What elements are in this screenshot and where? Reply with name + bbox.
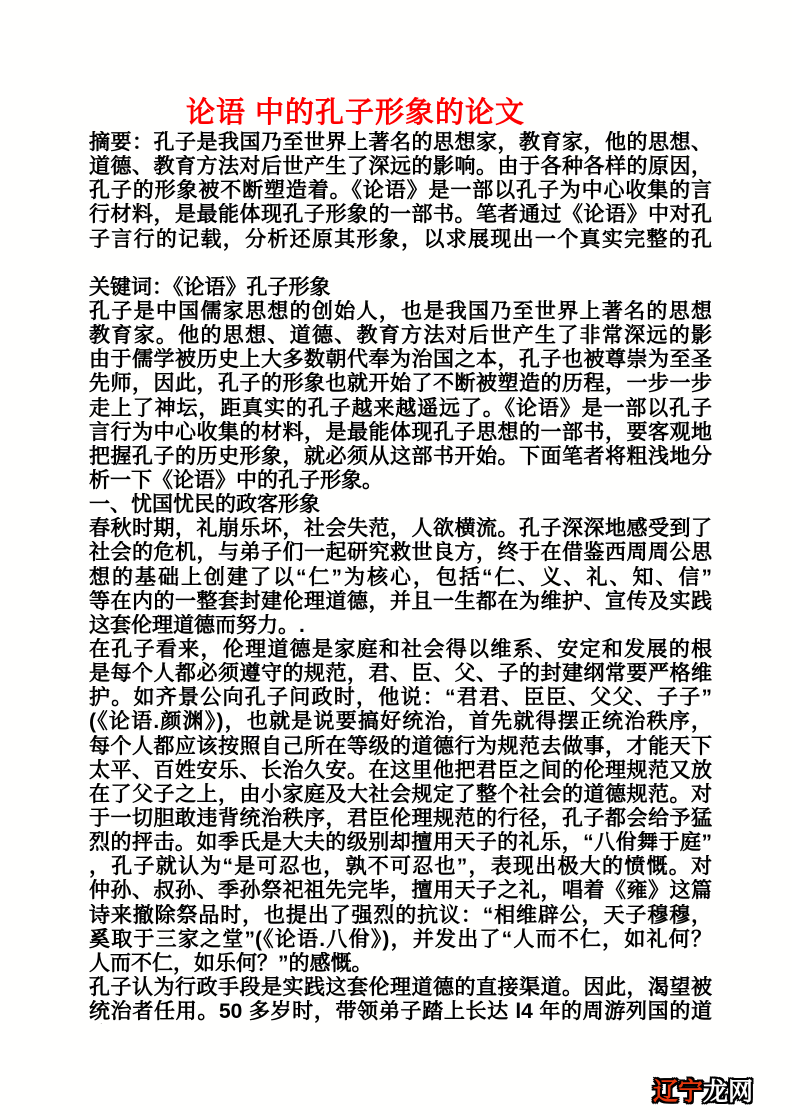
text-line: 在孔子看来，伦理道德是家庭和社会得以维系、安定和发展的根本， <box>89 638 712 662</box>
text-line: 仲孙、叔孙、季孙祭祀祖先完毕，擅用天子之礼，唱着《雍》这篇 <box>89 879 712 903</box>
document-body: 摘要：孔子是我国乃至世界上著名的思想家，教育家，他的思想、 道德、教育方法对后世… <box>89 131 712 1024</box>
text-line: 教育家。他的思想、道德、教育方法对后世产生了非常深远的影响。 <box>89 324 712 348</box>
page-title: 论语 中的孔子形象的论文 <box>186 90 525 131</box>
keywords-line: 关键词：《论语》孔子形象 <box>89 276 712 300</box>
text-line: 想的基础上创建了以“仁”为核心，包括“仁、义、礼、知、信” <box>89 566 712 590</box>
text-line: 在了父子之上，由小家庭及大社会规定了整个社会的道德规范。对 <box>89 783 712 807</box>
text-line: 这套伦理道德而努力。. <box>89 614 712 638</box>
text-line: 把握孔子的历史形象，就必须从这部书开始。下面笔者将粗浅地分 <box>89 445 712 469</box>
section-heading: 一、忧国忧民的政客形象 <box>89 493 712 517</box>
text-line: 烈的抨击。如季氏是大夫的级别却擅用天子的礼乐，“八佾舞于庭” <box>89 831 712 855</box>
text-line: 每个人都应该按照自己所在等级的道德行为规范去做事，才能天下 <box>89 735 712 759</box>
text-line: 统治者任用。50 多岁时，带领弟子踏上长达 l4 年的周游列国的道路。 <box>89 1000 712 1024</box>
blank-line <box>89 252 712 276</box>
text-line: 太平、百姓安乐、长治久安。在这里他把君臣之间的伦理规范又放 <box>89 759 712 783</box>
text-line: 子言行的记载，分析还原其形象，以求展现出一个真实完整的孔子。 <box>89 228 712 252</box>
text-line: 言行为中心收集的材料，是最能体现孔子思想的一部书，要客观地 <box>89 421 712 445</box>
document-page: 论语 中的孔子形象的论文 摘要：孔子是我国乃至世界上著名的思想家，教育家，他的思… <box>0 0 792 1120</box>
text-line: 由于儒学被历史上大多数朝代奉为治国之本，孔子也被尊崇为至圣 <box>89 348 712 372</box>
text-line: ，孔子就认为“是可忍也，孰不可忍也”，表现出极大的愤慨。对 <box>89 855 712 879</box>
text-line: 等在内的一整套封建伦理道德，并且一生都在为维护、宣传及实践 <box>89 590 712 614</box>
text-line: 于一切胆敢违背统治秩序，君臣伦理规范的行径，孔子都会给予猛 <box>89 807 712 831</box>
text-line: 析一下《论语》中的孔子形象。 <box>89 469 712 493</box>
watermark-part-white: 龙网 <box>703 1078 753 1106</box>
text-line: 诗来撤除祭品时，也提出了强烈的抗议：“相维辟公，天子穆穆， <box>89 904 712 928</box>
text-line: 走上了神坛，距真实的孔子越来越遥远了。《论语》是一部以孔子 <box>89 397 712 421</box>
watermark-part-red: 辽宁 <box>653 1078 703 1106</box>
text-line: 孔子认为行政手段是实践这套伦理道德的直接渠道。因此，渴望被 <box>89 976 712 1000</box>
text-line: 先师，因此，孔子的形象也就开始了不断被塑造的历程，一步一步 <box>89 372 712 396</box>
text-line: 行材料，是最能体现孔子形象的一部书。笔者通过《论语》中对孔 <box>89 203 712 227</box>
text-line: 道德、教育方法对后世产生了深远的影响。由于各种各样的原因， <box>89 155 712 179</box>
text-line: 人而不仁，如乐何？”的感慨。 <box>89 952 712 976</box>
text-line: 孔子是中国儒家思想的创始人，也是我国乃至世界上著名的思想家， <box>89 300 712 324</box>
text-line: 摘要：孔子是我国乃至世界上著名的思想家，教育家，他的思想、 <box>89 131 712 155</box>
text-line: 孔子的形象被不断塑造着。《论语》是一部以孔子为中心收集的言 <box>89 179 712 203</box>
text-line: 奚取于三家之堂”(《论语.八佾》)，并发出了“人而不仁，如礼何？ <box>89 928 712 952</box>
text-line: 是每个人都必须遵守的规范，君、臣、父、子的封建纲常要严格维 <box>89 662 712 686</box>
text-line: 社会的危机，与弟子们一起研究救世良方，终于在借鉴西周周公思 <box>89 541 712 565</box>
watermark: 辽宁龙网 <box>653 1072 753 1108</box>
text-line: (《论语.颜渊》)，也就是说要搞好统治，首先就得摆正统治秩序， <box>89 710 712 734</box>
text-line: 春秋时期，礼崩乐坏，社会失范，人欲横流。孔子深深地感受到了 <box>89 517 712 541</box>
text-line: 护。如齐景公向孔子问政时，他说：“君君、臣臣、父父、子子” <box>89 686 712 710</box>
